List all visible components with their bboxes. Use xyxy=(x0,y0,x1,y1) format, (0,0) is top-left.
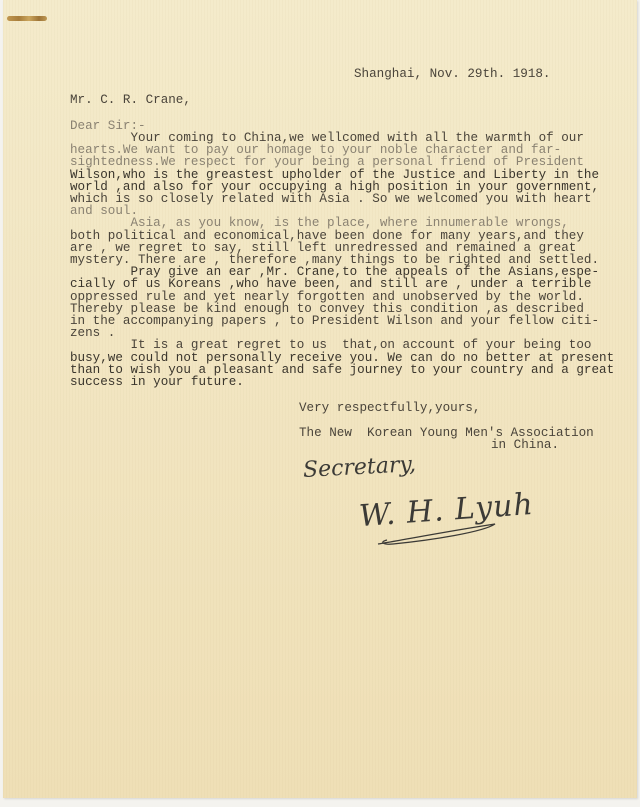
dateline: Shanghai, Nov. 29th. 1918. xyxy=(354,68,551,80)
closing: Very respectfully,yours, xyxy=(299,402,480,414)
body-line: cially of us Koreans ,who have been, and… xyxy=(70,278,591,290)
handwritten-title: Secretary, xyxy=(302,452,416,483)
letter-page: Shanghai, Nov. 29th. 1918. Mr. C. R. Cra… xyxy=(3,0,637,798)
addressee: Mr. C. R. Crane, xyxy=(70,94,191,106)
body-line: sightedness.We respect for your being a … xyxy=(70,156,584,168)
body-line: both political and economical,have been … xyxy=(70,230,584,242)
staple-mark xyxy=(7,16,47,21)
organization-location: in China. xyxy=(491,439,559,451)
body-line: It is a great regret to us that,on accou… xyxy=(70,339,591,351)
body-line: Wilson,who is the greastest upholder of … xyxy=(70,169,599,181)
body-line: which is so closely related with Asia . … xyxy=(70,193,591,205)
body-line: success in your future. xyxy=(70,376,244,388)
body-line: oppressed rule and yet nearly forgotten … xyxy=(70,291,584,303)
body-line: in the accompanying papers , to Presiden… xyxy=(70,315,599,327)
signature-flourish xyxy=(373,510,503,550)
body-line: busy,we could not personally receive you… xyxy=(70,352,614,364)
body-line: Asia, as you know, is the place, where i… xyxy=(70,217,569,229)
